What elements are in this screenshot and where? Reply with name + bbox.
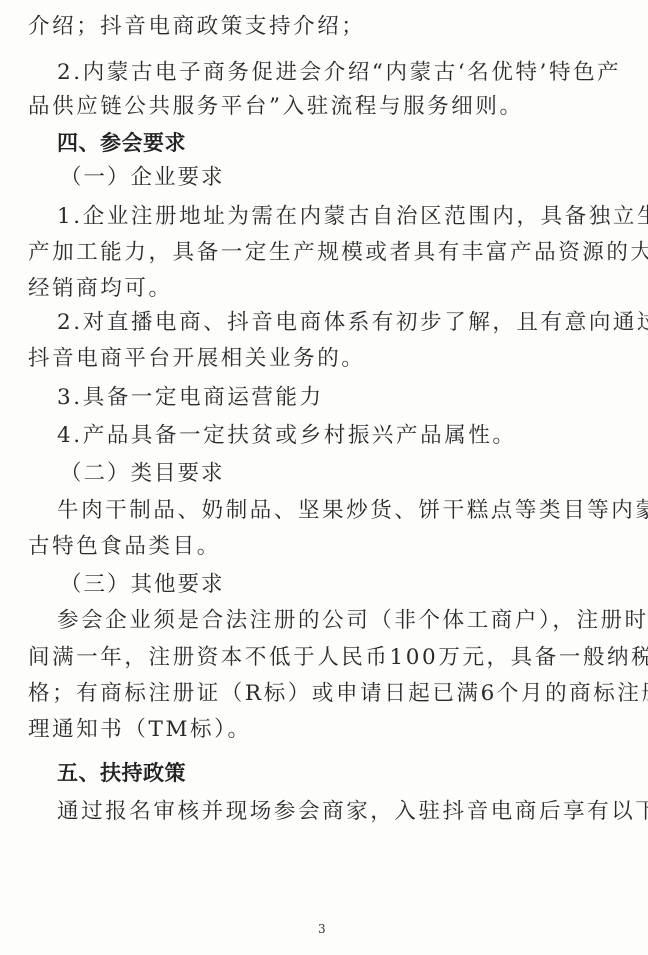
paragraph-line: 介绍；抖音电商政策支持介绍； [28,12,620,42]
paragraph-line: 格；有商标注册证（R标）或申请日起已满6个月的商标注册受 [28,679,620,709]
paragraph-line: 经销商均可。 [28,274,620,304]
section-heading-5: 五、扶持政策 [57,758,648,788]
paragraph-line: 牛肉干制品、奶制品、坚果炒货、饼干糕点等类目等内蒙 [57,496,648,526]
paragraph-line: 通过报名审核并现场参会商家，入驻抖音电商后享有以下 [57,797,648,827]
page-number: 3 [318,922,326,936]
subsection-heading-2: （二）类目要求 [60,459,648,489]
list-item-line: 1.企业注册地址为需在内蒙古自治区范围内，具备独立生 [57,202,648,232]
list-item-line: 2.对直播电商、抖音电商体系有初步了解，且有意向通过 [57,308,648,338]
paragraph-line: 间满一年，注册资本不低于人民币100万元，具备一般纳税人资 [28,643,620,673]
section-heading-4: 四、参会要求 [57,128,648,158]
paragraph-line: 抖音电商平台开展相关业务的。 [28,344,620,374]
list-item-line: 3.具备一定电商运营能力 [57,383,648,413]
paragraph-line: 参会企业须是合法注册的公司（非个体工商户），注册时 [57,606,648,636]
paragraph-line: 理通知书（TM标）。 [28,715,620,745]
subsection-heading-3: （三）其他要求 [60,570,648,600]
list-item-line: 4.产品具备一定扶贫或乡村振兴产品属性。 [57,421,648,451]
document-page: 介绍；抖音电商政策支持介绍； 2.内蒙古电子商务促进会介绍“内蒙古‘名优特’特色… [0,0,648,955]
paragraph-line: 品供应链公共服务平台”入驻流程与服务细则。 [28,92,620,122]
paragraph-line: 产加工能力，具备一定生产规模或者具有丰富产品资源的大型 [28,238,620,268]
subsection-heading-1: （一）企业要求 [60,163,648,193]
paragraph-line: 古特色食品类目。 [28,532,620,562]
list-item-line: 2.内蒙古电子商务促进会介绍“内蒙古‘名优特’特色产 [57,58,648,88]
